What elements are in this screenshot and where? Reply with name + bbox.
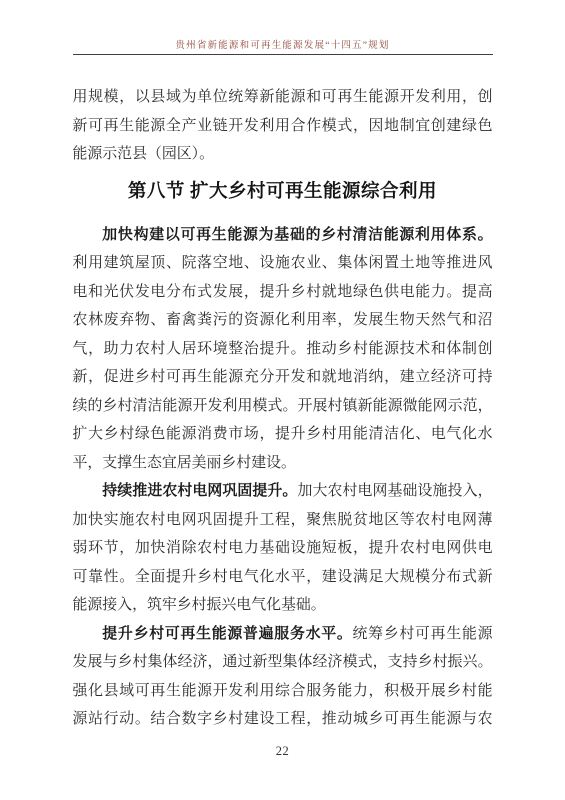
text-line: 加快实施农村电网巩固提升工程，聚焦脱贫地区等农村电网薄 bbox=[73, 506, 493, 535]
paragraph-lead-bold: 提升乡村可再生能源普遍服务水平。 bbox=[102, 626, 352, 642]
paragraph-lead-continuation: 统筹乡村可再生能源 bbox=[353, 626, 493, 642]
text-line: 提升乡村可再生能源普遍服务水平。统筹乡村可再生能源 bbox=[73, 620, 493, 649]
paragraph-universal-service: 提升乡村可再生能源普遍服务水平。统筹乡村可再生能源 发展与乡村集体经济，通过新型… bbox=[73, 620, 493, 734]
text-line: 持续推进农村电网巩固提升。加大农村电网基础设施投入， bbox=[73, 477, 493, 506]
text-line: 利用建筑屋顶、院落空地、设施农业、集体闲置土地等推进风 bbox=[73, 249, 493, 278]
section-heading: 第八节 扩大乡村可再生能源综合利用 bbox=[73, 177, 493, 207]
text-line: 电和光伏发电分布式发展，提升乡村就地绿色供电能力。提高 bbox=[73, 278, 493, 307]
text-line: 能源示范县（园区）。 bbox=[73, 140, 493, 169]
document-body: 用规模，以县域为单位统筹新能源和可再生能源开发利用，创 新可再生能源全产业链开发… bbox=[73, 83, 493, 760]
text-line: 用规模，以县域为单位统筹新能源和可再生能源开发利用，创 bbox=[73, 83, 493, 112]
page-number: 22 bbox=[276, 744, 290, 758]
document-page: 贵州省新能源和可再生能源发展“十四五”规划 用规模，以县域为单位统筹新能源和可再… bbox=[0, 0, 565, 800]
text-line: 加快构建以可再生能源为基础的乡村清洁能源利用体系。 bbox=[73, 221, 493, 250]
text-line: 扩大乡村绿色能源消费市场，提升乡村用能清洁化、电气化水 bbox=[73, 420, 493, 449]
paragraph-clean-energy-system: 加快构建以可再生能源为基础的乡村清洁能源利用体系。 利用建筑屋顶、院落空地、设施… bbox=[73, 221, 493, 478]
paragraph-lead-continuation: 加大农村电网基础设施投入， bbox=[297, 483, 492, 499]
text-line: 新，促进乡村可再生能源充分开发和就地消纳，建立经济可持 bbox=[73, 363, 493, 392]
text-line: 源站行动。结合数字乡村建设工程，推动城乡可再生能源与农 bbox=[73, 705, 493, 734]
paragraph-lead-bold: 加快构建以可再生能源为基础的乡村清洁能源利用体系。 bbox=[102, 227, 492, 243]
text-line: 平，支撑生态宜居美丽乡村建设。 bbox=[73, 449, 493, 478]
text-line: 新可再生能源全产业链开发利用合作模式，因地制宜创建绿色 bbox=[73, 112, 493, 141]
paragraph-continuation: 用规模，以县域为单位统筹新能源和可再生能源开发利用，创 新可再生能源全产业链开发… bbox=[73, 83, 493, 169]
paragraph-lead-bold: 持续推进农村电网巩固提升。 bbox=[102, 483, 297, 499]
text-line: 发展与乡村集体经济，通过新型集体经济模式，支持乡村振兴。 bbox=[73, 648, 493, 677]
text-line: 气，助力农村人居环境整治提升。推动乡村能源技术和体制创 bbox=[73, 335, 493, 364]
text-line: 续的乡村清洁能源开发利用模式。开展村镇新能源微能网示范， bbox=[73, 392, 493, 421]
page-footer: 22 bbox=[73, 742, 493, 760]
text-line: 能源接入，筑牢乡村振兴电气化基础。 bbox=[73, 591, 493, 620]
text-line: 农林废弃物、畜禽粪污的资源化利用率，发展生物天然气和沼 bbox=[73, 306, 493, 335]
page-header: 贵州省新能源和可再生能源发展“十四五”规划 bbox=[73, 0, 493, 55]
text-line: 可靠性。全面提升乡村电气化水平，建设满足大规模分布式新 bbox=[73, 563, 493, 592]
paragraph-rural-grid: 持续推进农村电网巩固提升。加大农村电网基础设施投入， 加快实施农村电网巩固提升工… bbox=[73, 477, 493, 620]
running-header-title: 贵州省新能源和可再生能源发展“十四五”规划 bbox=[73, 37, 493, 51]
text-line: 强化县域可再生能源开发利用综合服务能力，积极开展乡村能 bbox=[73, 677, 493, 706]
text-line: 弱环节，加快消除农村电力基础设施短板，提升农村电网供电 bbox=[73, 534, 493, 563]
